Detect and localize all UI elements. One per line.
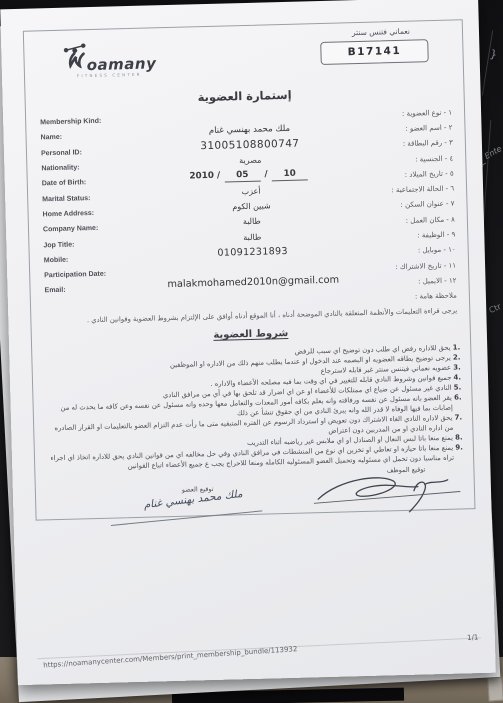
- field-label-ar: ٨ - مكان العمل :: [329, 215, 461, 226]
- field-label-en: Company Name:: [35, 223, 175, 234]
- terms-heading: شروط العضوية: [32, 323, 470, 345]
- keyboard-key-ctrl: Ctr: [488, 302, 503, 315]
- terms-list: 1. يحق للاداره رفض اي طلب دون توضيح اي س…: [42, 342, 463, 473]
- field-label-en: Participation Date:: [36, 269, 176, 280]
- field-label-ar: ٦ - الحالة الاجتماعية :: [328, 185, 460, 196]
- member-signature-block: توقيع العضو ملك محمد بهنسي غنام: [106, 483, 276, 487]
- field-label-en: Date of Birth:: [34, 177, 174, 188]
- club-name-arabic: نعماني فتنس سنتر: [352, 27, 410, 38]
- field-label-en: Nationality:: [33, 162, 173, 173]
- term-number: 6.: [454, 393, 462, 401]
- keyboard-key-enter: Ente: [483, 144, 503, 161]
- term-number: 1.: [453, 343, 461, 351]
- term-number: 9.: [455, 443, 463, 451]
- print-footer: https://noamanycenter.com/Members/print_…: [43, 633, 479, 669]
- keyboard-key-edge: [482, 30, 493, 95]
- page-indicator: 1/1: [467, 633, 479, 642]
- field-label-en: Home Address:: [35, 208, 175, 219]
- field-label-en: Membership Kind:: [32, 116, 172, 127]
- member-signature-line: [111, 510, 262, 526]
- dob-part: /: [264, 169, 267, 179]
- term-number: 2.: [453, 353, 461, 361]
- field-label-en: Personal ID:: [33, 147, 173, 158]
- noamany-logo: oamany FITNESS CENTER: [60, 40, 171, 79]
- field-label-ar: ٢ - اسم العضو :: [326, 123, 458, 134]
- field-label-ar: ١٢ - الايميل :: [339, 276, 463, 287]
- field-label-ar: ملاحظة هامة :: [331, 292, 463, 303]
- field-label-ar: ٩ - الوظيفة :: [329, 230, 461, 241]
- field-value: [177, 296, 331, 300]
- field-label-ar: ٥ - تاريخ الميلاد :: [328, 169, 460, 180]
- field-label-en: Marital Status:: [34, 193, 174, 204]
- term-number: 4.: [453, 373, 461, 381]
- field-label-ar: ٤ - الجنسية :: [327, 154, 459, 165]
- dob-part: 10: [271, 168, 308, 181]
- term-number: 8.: [455, 433, 463, 441]
- form-border-frame: نعماني فتنس سنتر B17141: [23, 19, 476, 520]
- employee-signature-scribble: [311, 469, 464, 521]
- footer-url: https://noamanycenter.com/Members/print_…: [43, 645, 298, 669]
- field-label-en: Email:: [37, 284, 168, 294]
- keyboard-key-bracket: }: [489, 47, 499, 61]
- signatures-area: توقيع الموظف توقيع العضو: [35, 464, 474, 537]
- field-label-ar: ١٠ - موبايل :: [330, 246, 462, 257]
- term-number: 7.: [454, 413, 462, 421]
- field-label-ar: ١١ - تاريخ الاشتراك :: [330, 261, 462, 272]
- form-rows: Membership Kind:١ - نوع العضوية :Name:مل…: [32, 104, 463, 314]
- field-value: [172, 113, 326, 117]
- dob-part: 05: [224, 169, 261, 182]
- field-label-en: Name:: [33, 131, 173, 142]
- field-label-ar: ٣ - رقم البطاقة :: [327, 139, 459, 150]
- field-label-en: Mobile:: [36, 254, 176, 265]
- field-label-ar: ٧ - عنوان السكن :: [328, 200, 460, 211]
- photo-scene: ← }EnteCtr نعماني فتنس سنتر B17141: [0, 0, 503, 703]
- membership-form-page: نعماني فتنس سنتر B17141: [0, 0, 496, 685]
- desk-small-key: [487, 677, 503, 702]
- field-value: [176, 265, 330, 269]
- term-number: 5.: [454, 383, 462, 391]
- field-label-en: Jop Title:: [35, 238, 175, 249]
- logo-wordmark: oamany: [87, 56, 157, 72]
- membership-code-badge: B17141: [320, 39, 429, 65]
- field-label-ar: ١ - نوع العضوية :: [326, 108, 458, 119]
- page-title: إستمارة العضوية: [25, 83, 463, 108]
- field-label-en: [37, 303, 177, 307]
- term-number: 3.: [453, 363, 461, 371]
- dob-part: 2010 /: [189, 171, 220, 182]
